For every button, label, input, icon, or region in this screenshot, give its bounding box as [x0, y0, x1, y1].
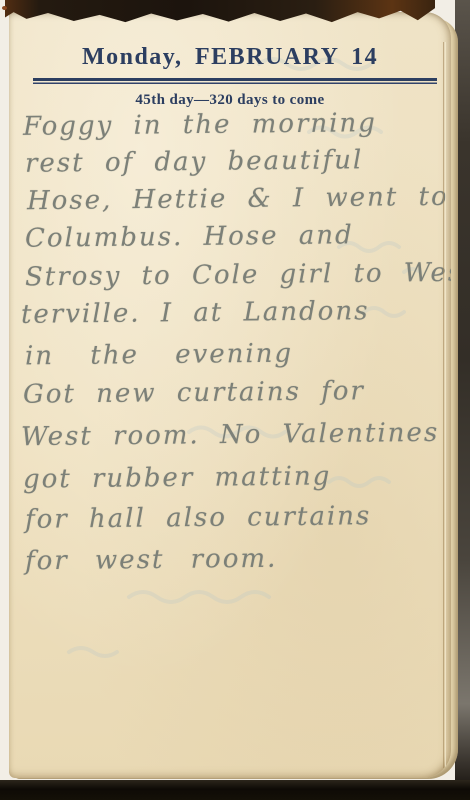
diary-page: Monday, FEBRUARY 14 45th day—320 days to…	[9, 12, 451, 778]
binding-speck	[2, 6, 7, 10]
entry-line: rest of day beautiful	[25, 145, 364, 179]
entry-line: got rubber matting	[23, 461, 332, 494]
entry-line: for west room.	[25, 544, 278, 577]
entry-line: Strosy to Cole girl to Wes-	[25, 258, 451, 293]
scanned-diary-page: Monday, FEBRUARY 14 45th day—320 days to…	[0, 0, 470, 800]
entry-line: Got new curtains for	[23, 376, 365, 410]
entry-line: Foggy in the morning	[23, 108, 377, 142]
entry-line: terville. I at Landons	[21, 296, 370, 330]
entry-line: for hall also curtains	[25, 501, 372, 535]
entry-line: West room. No Valentines	[21, 418, 440, 452]
entry-line: Columbus. Hose and	[25, 220, 354, 253]
entry-line: Hose, Hettie & I went to	[27, 182, 449, 216]
scanner-background-bottom	[0, 780, 470, 800]
handwritten-entry: Foggy in the morning rest of day beautif…	[9, 12, 451, 778]
entry-line: in the evening	[25, 339, 293, 372]
